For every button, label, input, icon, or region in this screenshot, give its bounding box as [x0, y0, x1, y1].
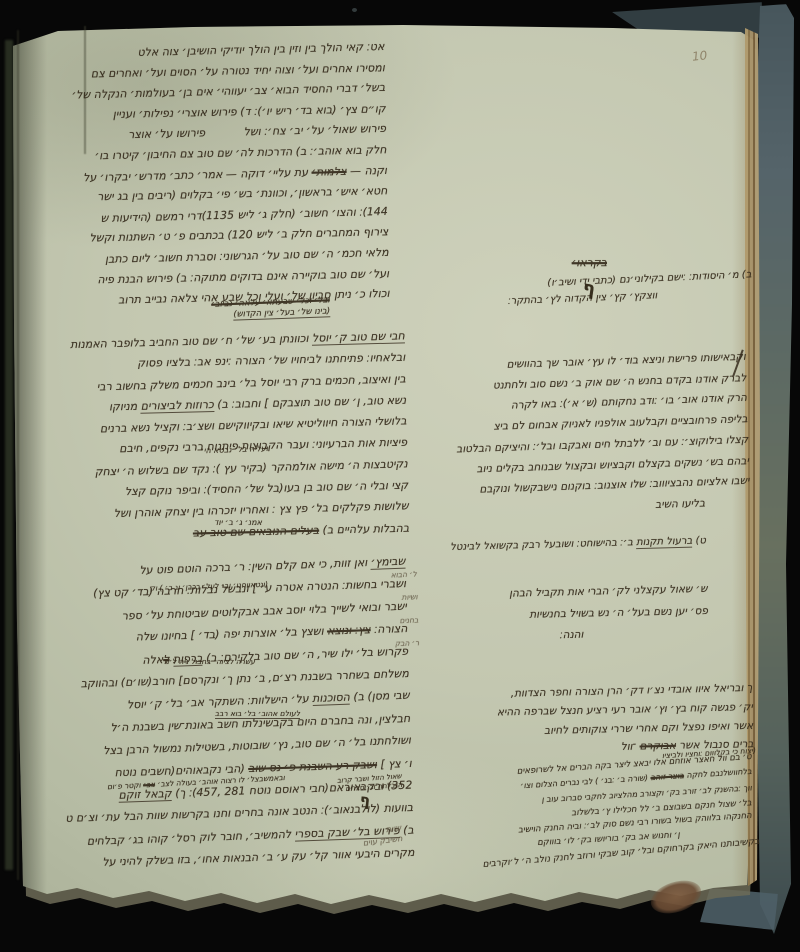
manuscript-line: בחנים: [374, 608, 419, 633]
gutter-crease-line: [17, 30, 19, 880]
manuscript-photo: 10 אט׃ קאי הולך בין וזין בין הולך יודיקי…: [0, 0, 800, 952]
interlinear-insertion: עשרה לציוה׳ בחבול ניה ל׳ם: [95, 657, 255, 666]
manuscript-line: ושיות: [373, 585, 418, 610]
interlinear-insertion: אמנ׳ ג׳ ב׳ יוד: [152, 518, 262, 527]
right-paragraph-1: וקבאישותו פרישת וניצא בוד׳ לו עץ׳ אובר ש…: [350, 347, 751, 524]
manuscript-line: בקראו׳: [515, 256, 607, 269]
interlinear-insertion: לעולם אהוב׳ בל׳ בוא רבב: [150, 709, 300, 718]
manuscript-line: והנה׃: [420, 625, 583, 650]
page-number: 10: [691, 48, 708, 64]
manuscript-line: ל׳ הבוא: [372, 562, 417, 587]
catchword-stack: ל׳ הבואושיותבחניםר׳ הבק: [372, 562, 419, 655]
right-paragraph-2: ש׳ שאול עקצלני לק׳ הברי אות תקביל הבהןפס…: [419, 579, 708, 650]
paragraph-mark: ף: [359, 791, 371, 810]
gutter-page-sliver: [5, 40, 13, 870]
dust-speck: [352, 8, 357, 12]
left-paragraph-1: אט׃ קאי הולך בין וזין בין הולך יודיקי הו…: [22, 37, 390, 312]
manuscript-line: ר׳ הבק: [375, 631, 420, 656]
struck-heading: בקראו׳: [515, 256, 607, 269]
